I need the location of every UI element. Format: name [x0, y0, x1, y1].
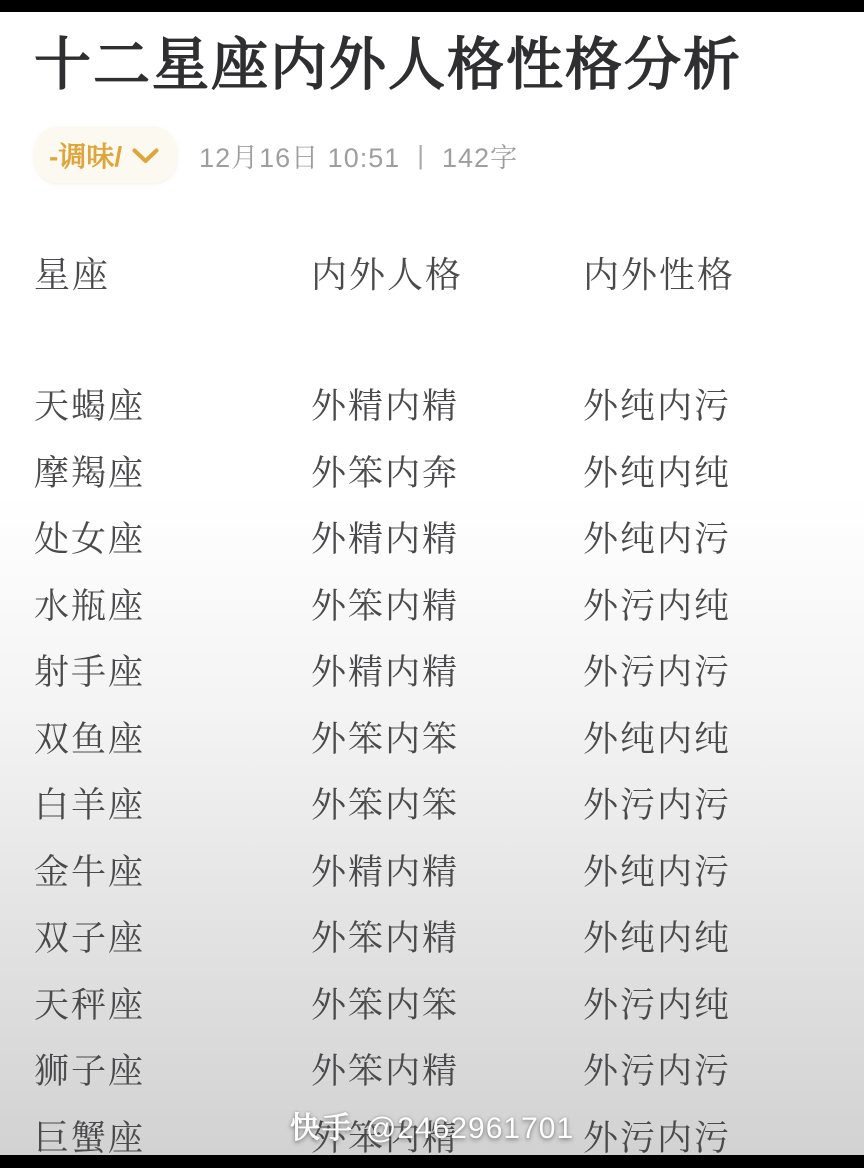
zodiac-table: 星座 内外人格 内外性格 天蝎座 外精内精 外纯内污 摩羯座 外笨内奔 外纯内纯… [34, 247, 864, 1155]
character-cell: 外纯内污 [583, 379, 864, 429]
zodiac-cell: 天蝎座 [34, 379, 311, 429]
table-row: 摩羯座 外笨内奔 外纯内纯 [34, 438, 864, 505]
personality-cell: 外精内精 [311, 845, 583, 895]
page-title: 十二星座内外人格性格分析 [34, 28, 864, 103]
personality-cell: 外笨内精 [311, 1044, 583, 1094]
kuaishou-brand-logo: 快手 [290, 1103, 354, 1147]
character-cell: 外污内污 [583, 778, 864, 828]
chevron-down-icon [132, 148, 159, 165]
table-row: 双子座 外笨内精 外纯内纯 [34, 903, 864, 970]
zodiac-cell: 白羊座 [34, 778, 311, 828]
meta-separator: | [417, 140, 425, 171]
zodiac-cell: 双鱼座 [34, 712, 311, 762]
character-cell: 外污内纯 [583, 978, 864, 1028]
zodiac-cell: 天秤座 [34, 978, 311, 1028]
character-cell: 外污内污 [583, 1111, 864, 1155]
table-body: 天蝎座 外精内精 外纯内污 摩羯座 外笨内奔 外纯内纯 处女座 外精内精 外纯内… [34, 371, 864, 1155]
zodiac-cell: 金牛座 [34, 845, 311, 895]
letterbox-bar-top [0, 0, 864, 12]
table-row: 金牛座 外精内精 外纯内污 [34, 837, 864, 904]
table-row: 白羊座 外笨内笨 外污内污 [34, 770, 864, 837]
character-cell: 外纯内污 [583, 512, 864, 562]
zodiac-cell: 双子座 [34, 911, 311, 961]
column-header-zodiac: 星座 [34, 247, 311, 298]
post-date: 12月16日 10:51 [199, 136, 400, 175]
personality-cell: 外笨内笨 [311, 712, 583, 762]
post-meta: 12月16日 10:51 | 142字 [199, 136, 518, 175]
table-row: 处女座 外精内精 外纯内污 [34, 504, 864, 571]
topic-tag-button[interactable]: -调味/ [34, 127, 177, 183]
table-row: 天蝎座 外精内精 外纯内污 [34, 371, 864, 438]
character-cell: 外污内污 [583, 1044, 864, 1094]
personality-cell: 外笨内奔 [311, 446, 583, 496]
table-row: 天秤座 外笨内笨 外污内纯 [34, 970, 864, 1037]
character-cell: 外污内污 [583, 645, 864, 695]
column-header-character: 内外性格 [583, 247, 864, 298]
personality-cell: 外笨内精 [311, 579, 583, 629]
table-header-row: 星座 内外人格 内外性格 [34, 247, 864, 291]
personality-cell: 外笨内笨 [311, 778, 583, 828]
kuaishou-watermark: 快手 @2462961701 [290, 1103, 574, 1147]
kuaishou-user-handle: @2462961701 [366, 1112, 574, 1146]
column-header-personality: 内外人格 [311, 247, 583, 298]
character-cell: 外纯内污 [583, 845, 864, 895]
table-row: 双鱼座 外笨内笨 外纯内纯 [34, 704, 864, 771]
screenshot-frame: 十二星座内外人格性格分析 -调味/ 12月16日 10:51 | 142字 星座… [0, 0, 864, 1168]
character-cell: 外纯内纯 [583, 712, 864, 762]
zodiac-cell: 狮子座 [34, 1044, 311, 1094]
character-cell: 外污内纯 [583, 579, 864, 629]
personality-cell: 外精内精 [311, 379, 583, 429]
personality-cell: 外精内精 [311, 512, 583, 562]
zodiac-cell: 水瓶座 [34, 579, 311, 629]
zodiac-cell: 处女座 [34, 512, 311, 562]
topic-tag-label: -调味/ [49, 135, 122, 175]
character-cell: 外纯内纯 [583, 911, 864, 961]
personality-cell: 外精内精 [311, 645, 583, 695]
zodiac-cell: 射手座 [34, 645, 311, 695]
table-row: 水瓶座 外笨内精 外污内纯 [34, 571, 864, 638]
zodiac-cell: 摩羯座 [34, 446, 311, 496]
character-cell: 外纯内纯 [583, 446, 864, 496]
zodiac-cell: 巨蟹座 [34, 1111, 311, 1155]
table-row: 狮子座 外笨内精 外污内污 [34, 1036, 864, 1103]
word-count: 142字 [442, 136, 518, 175]
personality-cell: 外笨内精 [311, 911, 583, 961]
personality-cell: 外笨内笨 [311, 978, 583, 1028]
table-row: 射手座 外精内精 外污内污 [34, 637, 864, 704]
letterbox-bar-bottom [0, 1155, 864, 1168]
article-page: 十二星座内外人格性格分析 -调味/ 12月16日 10:51 | 142字 星座… [0, 12, 864, 1155]
post-meta-row: -调味/ 12月16日 10:51 | 142字 [34, 127, 864, 183]
